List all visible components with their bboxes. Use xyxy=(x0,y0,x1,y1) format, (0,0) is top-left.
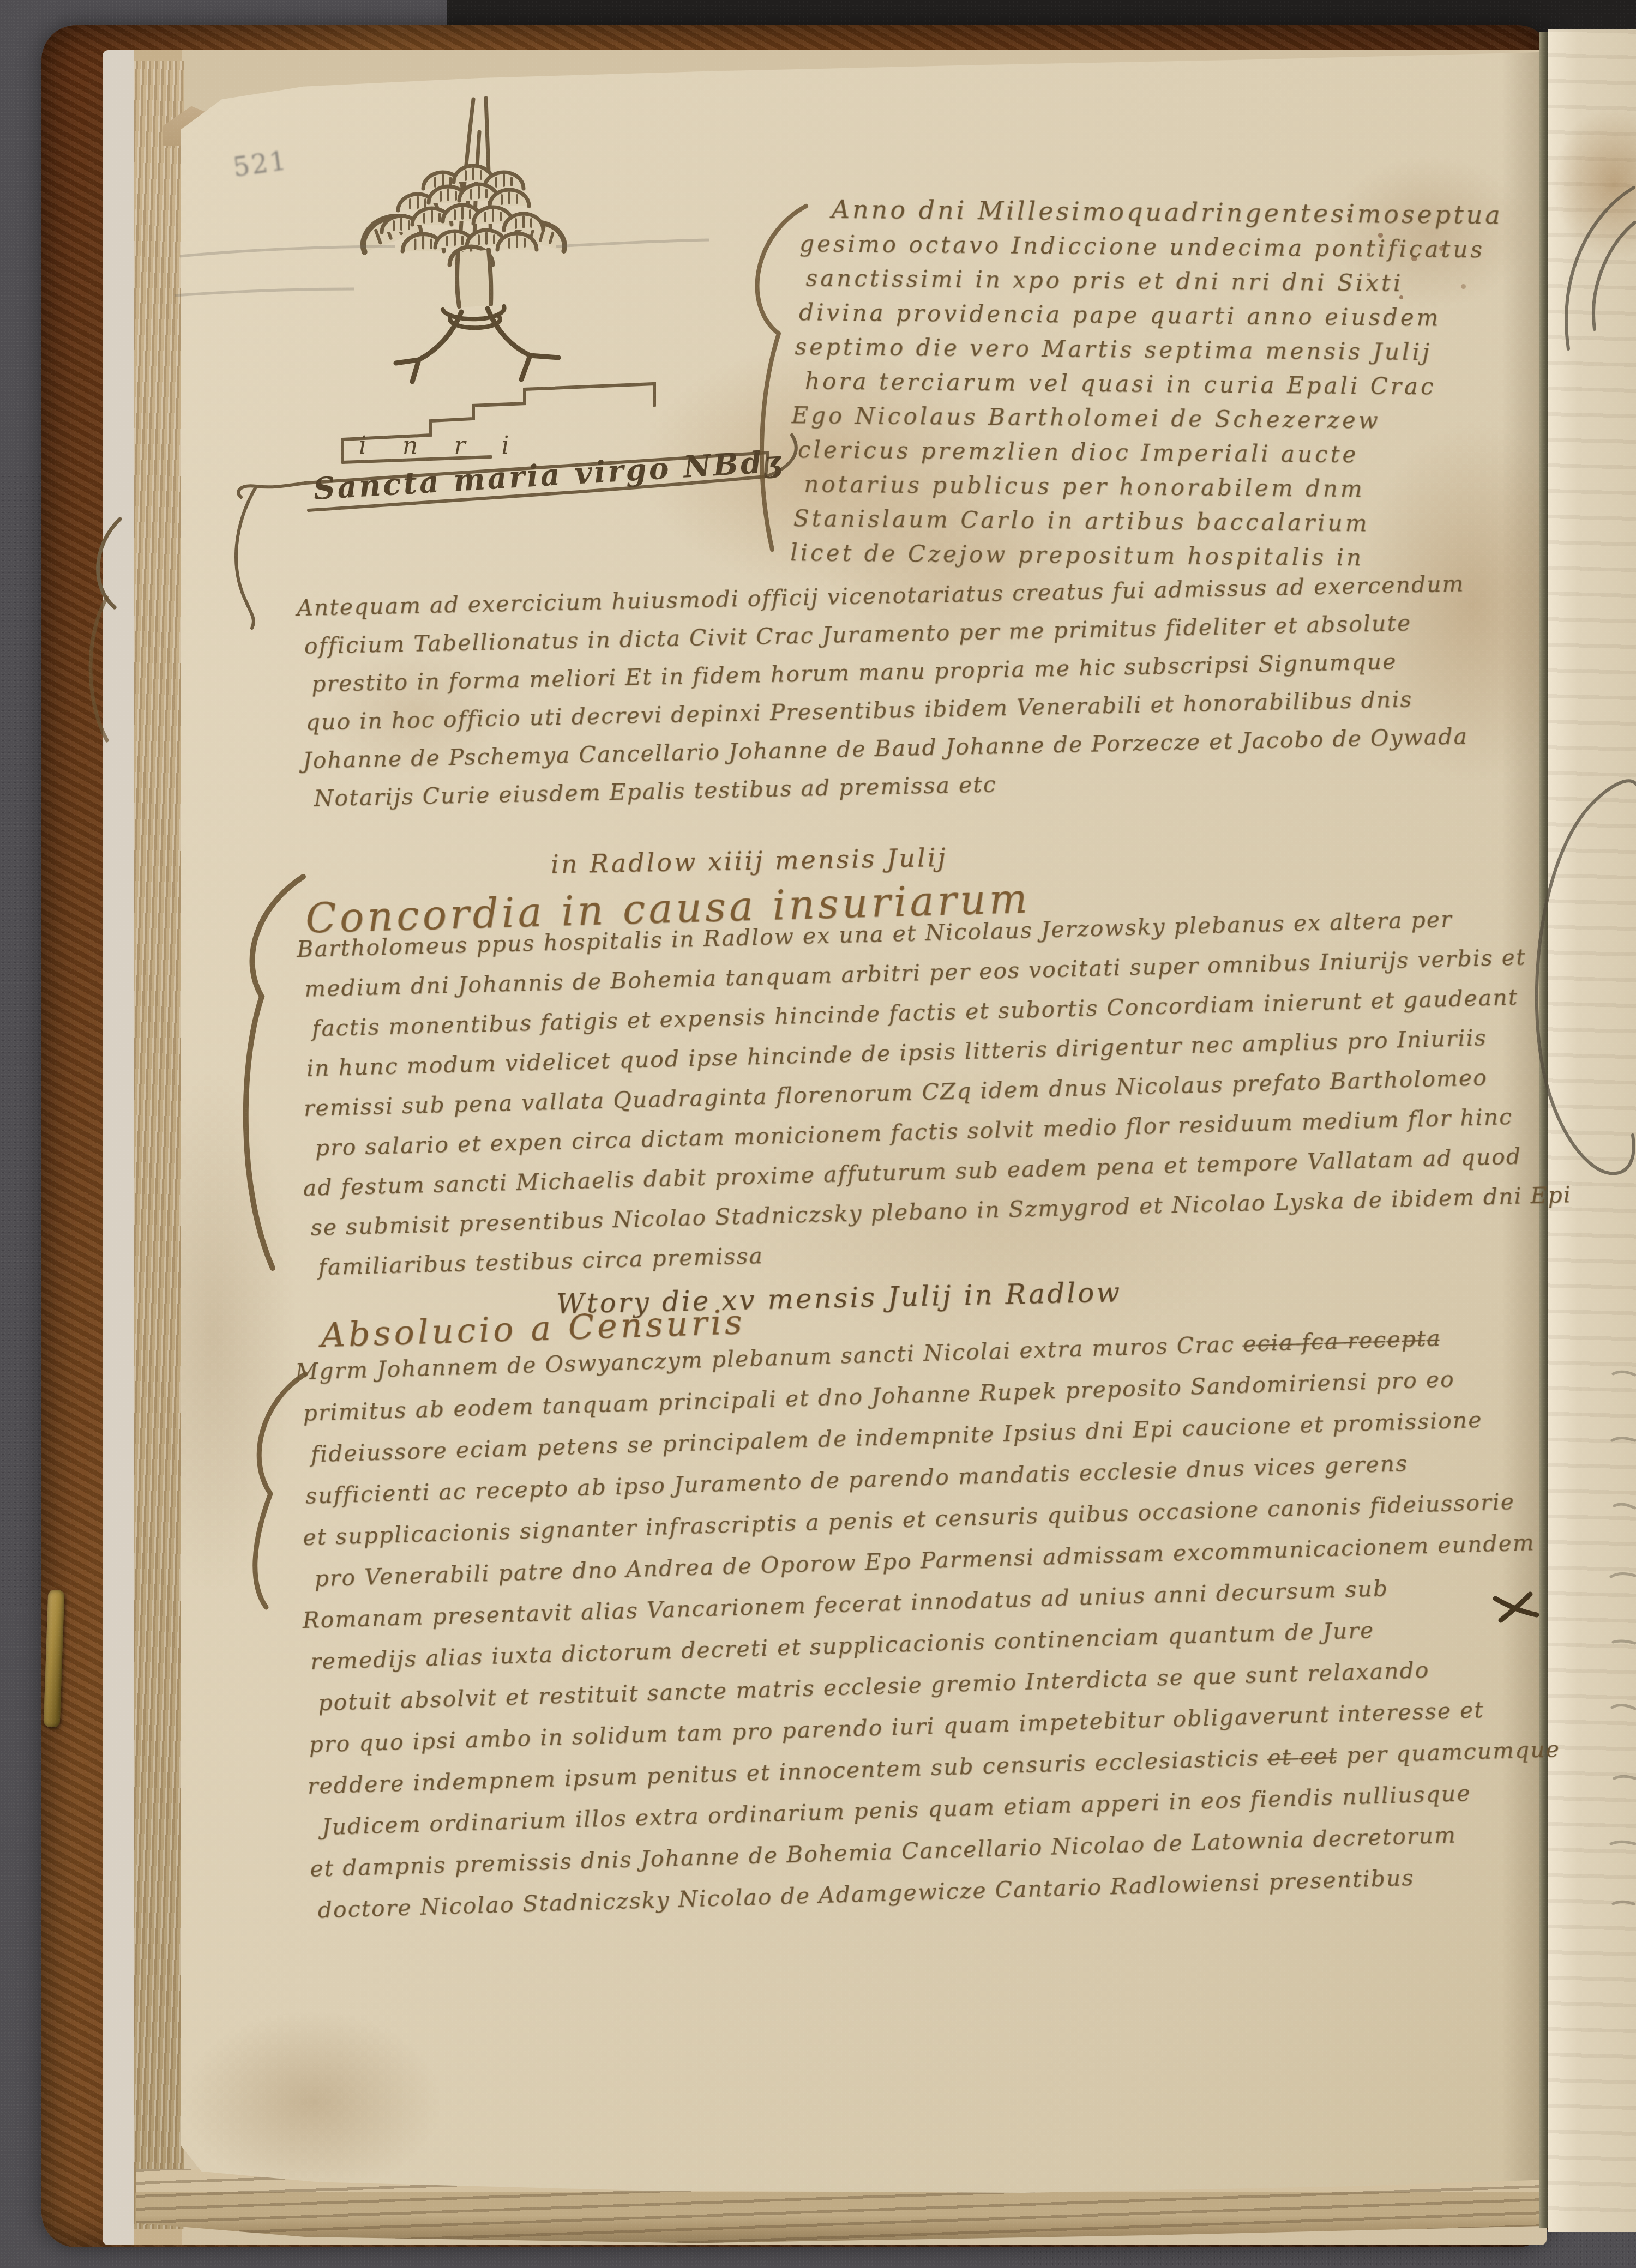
paragraph-protocol: Anno dni Millesimoquadringentesimoseptua… xyxy=(790,192,1503,576)
manuscript-line: Stanislaum Carlo in artibus baccalarium xyxy=(793,501,1501,541)
paragraph-concordia: Bartholomeus ppus hospitalis in Radlow e… xyxy=(296,896,1573,1288)
manuscript-line: Ego Nicolaus Bartholomei de Schezerzew xyxy=(791,398,1501,438)
manuscript-line: gesimo octavo Indiccione undecima pontif… xyxy=(799,226,1503,267)
manuscript-line: clericus premzlien dioc Imperiali aucte xyxy=(798,432,1501,473)
paragraph-notary-subscription: Antequam ad exercicium huiusmodi officij… xyxy=(297,564,1469,818)
manuscript-photo: Anno dni Millesimoquadringentesimoseptua… xyxy=(0,0,1636,2268)
manuscript-line: septimo die vero Martis septima mensis J… xyxy=(795,329,1502,370)
manuscript-line: sanctissimi in xpo pris et dni nri dni S… xyxy=(805,261,1502,301)
manuscript-line: Anno dni Millesimoquadringentesimoseptua xyxy=(831,192,1503,233)
paragraph-absolucio: Mgrm Johannem de Oswyanczym plebanum san… xyxy=(294,1314,1564,1931)
manuscript-line: hora terciarum vel quasi in curia Epali … xyxy=(805,364,1502,404)
manuscript-line: notarius publicus per honorabilem dnm xyxy=(804,467,1501,507)
left-deckle-edge xyxy=(134,61,184,2229)
manuscript-line: divina providencia pape quarti anno eius… xyxy=(799,295,1502,335)
